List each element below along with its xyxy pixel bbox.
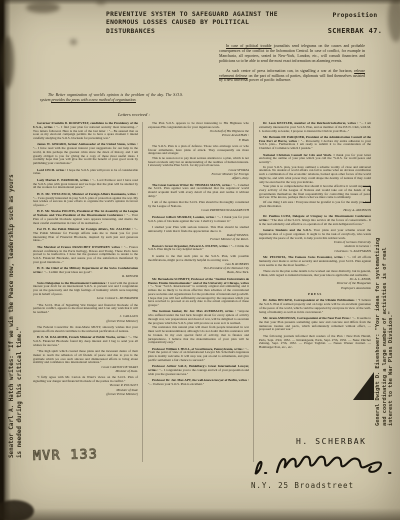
letter: Dr. Julius BECKER, Correspondent of the … [259,299,371,314]
letter: Boston's Great Organizer, Edward A. FILE… [148,245,249,253]
letter-signature: Henry A. ATKINSON [259,209,371,213]
letter: Professor William I. HULL, of Swarthmore… [148,348,249,363]
letter: H. E. the Chief of the Military Departme… [33,267,138,279]
letter: Mr. Bernum DU PARQUIER, President of the… [259,136,371,151]
letter-paragraph: The German banker, Dr. Jur. Max AUERBACH… [148,310,249,325]
letter-signature: Prince AGA KHAN : [148,134,249,138]
paper-stain [1,36,14,88]
letter-author: The Marshal of France FRANCHET D'ESPEREY… [37,245,124,249]
letters-column-2: The Plan S.O.S. appears to be most inter… [142,122,249,462]
letter-paragraph: Professor Dr. Jur. Max APT, the well-kno… [148,379,249,387]
letter: James W. GERARD, former Ambassador of th… [33,143,138,166]
letter-author: Professor William I. HULL, of Swarthmore… [152,347,245,351]
letter-signature: R. MINGER [33,275,138,279]
letter: "The high spirit which created these pla… [33,350,138,374]
pencil-mark: MVR 133 [33,447,99,464]
letter: Lord CECIL writes : I hope the S.O.S. pl… [33,169,138,177]
letter: The Plan S.O.S. appears to be most inter… [148,122,249,142]
document-title: PREVENTIVE SYSTEM TO SAFEGUARD AGAINST T… [106,11,292,36]
letter: Lady Marian E. PARMOOR, writes : "... Lo… [33,179,138,190]
margin-note-left: Senator Carl A. Hatch writes: "If we win… [9,98,24,458]
letter-author: Geneva Students and the S.O.S. [263,228,314,232]
letter-paragraph: H. E. Mr. TITULESCO, Minister of Foreign… [33,193,138,208]
letter-paragraph: In your S.O.S. plan, you have outlined a… [259,166,371,185]
handwritten-signature [249,446,397,480]
ink-bracket-mark [363,186,371,203]
letter: Dr. Leon KESTLER, member of the Reichswi… [259,122,371,133]
letter: Swiss Delegation to the Disarmament Conf… [33,282,138,301]
letter-paragraph: Your plan is so comprehensive that shoul… [259,185,371,200]
letter-paragraph: Governor Franklin D. ROOSEVELT, candidat… [33,122,138,141]
letter-paragraph: Dr. Paulina LUISI, Delegate of Uruguay t… [259,215,371,226]
letter-author: Professor Dr. Jur. Max APT, the well-kno… [152,378,249,382]
letter-author: Dr. Leon KESTLER, member of the Reichswi… [263,122,360,125]
letter-paragraph: Mr. Bernadotte SCHMITT, Professor of the… [148,278,249,308]
letter-paragraph: Professor Gilbert MURRAY, London, writes… [148,216,249,224]
letter-paragraph: Mr. Aram ANDONIAN, Correspondent of the … [259,317,371,332]
letter-paragraph: National Christian Council for Life and … [259,154,371,165]
letter-author: The German banker, Dr. Jur. Max AUERBACH… [152,309,237,313]
letter-author: National Christian Council for Life and … [263,153,334,157]
letter-paragraph: H. E. Mr. Nicolas POLITIS, President of … [33,210,138,225]
letter: H. E. Mr. TITULESCO, Minister of Foreign… [33,193,138,208]
letter-paragraph: "The high spirit which created these pla… [33,350,138,365]
letters-received-heading: Letters received : [78,112,190,117]
letter-paragraph: Dr. Julius BECKER, Correspondent of the … [259,299,371,314]
letter-paragraph: The S.O.S. Plan is a plan of defence. Th… [148,145,249,156]
letter-author: For H. E. the Polish Minister for Foreig… [37,227,134,231]
letter-author: H. E. M. DALADIER, French Minister of Pu… [37,335,128,339]
letter: There are in the plan some details to be… [259,270,371,290]
letter: Mr. PECHOTA, The Famous Swiss Economist,… [259,256,371,267]
letter: Mr. Aram ANDONIAN, Correspondent of the … [259,317,371,332]
paper-stain [70,39,77,45]
letter-signature: F. Blain [148,139,249,143]
letter-signature: Minister of State. [33,370,138,374]
intro-paragraph: In case of political trouble journalists… [219,44,365,64]
letter-paragraph: H. E. M. DALADIER, French Minister of Pu… [33,336,138,347]
letters-columns: Governor Franklin D. ROOSEVELT, candidat… [33,122,375,462]
letter: National Christian Council for Life and … [259,154,371,213]
letter-paragraph: James W. GERARD, former Ambassador of th… [33,143,138,166]
letter-paragraph: Mr. PECHOTA, The Famous Swiss Economist,… [259,256,371,267]
letter-paragraph: Swiss Delegation to the Disarmament Conf… [33,282,138,297]
letter-author: Mr. Bernum DU PARQUIER, President of the… [259,135,371,143]
letter: I studied your Plan with serious interes… [148,226,249,242]
letter: "I fully agree with Mr. Carton de Wiart'… [33,376,138,396]
letter-author: The Great German Writer Dr. THOMAS MANN,… [152,183,233,187]
letter: The Federal Councillor Dr. Jean-Marie MU… [33,326,138,334]
letter-paragraph: Lady Marian E. PARMOOR, writes : "... Lo… [33,179,138,190]
letter-signature: (former Prime Minister) [33,393,138,397]
letter-paragraph: "The S.O.S. Plan of Signalling War Dange… [33,304,138,315]
letter-author: Dr. Julius BECKER, Correspondent of the … [263,298,358,302]
letter-signature: Lieut. Colonel L. MONRAINER [33,297,138,301]
letter-author: Swiss Delegation to the Disarmament Conf… [37,281,108,285]
letter-paragraph: Geneva Students and the S.O.S. Your plan… [259,229,371,240]
intro-paragraph: As such centre of press information can,… [219,69,365,84]
paper-stain [0,500,34,520]
proposition-number: SCHERBAK 47. [317,27,393,35]
intro-paragraph: The Better organization of world's opini… [40,93,183,103]
underlined-phrase: In case of political trouble [226,44,271,48]
letters-column-3: Dr. Leon KESTLER, member of the Reichswi… [253,122,371,462]
letter: Dr. Paulina LUISI, Delegate of Uruguay t… [259,215,371,226]
letter-signature: Chairman : S. KAUFMANN [259,250,371,254]
letter: PRESS [259,293,371,297]
letter-paragraph: Boston's Great Organizer, Edward A. FILE… [148,245,249,253]
letter: H. E. M. DALADIER, French Minister of Pu… [33,336,138,347]
letter: The Marshal of France FRANCHET D'ESPEREY… [33,246,138,265]
proposition-block: Proposition SCHERBAK 47. [317,12,393,35]
letter-paragraph: This is no reason not to pay most seriou… [148,157,249,168]
letter-author: Dr. Paulina LUISI, Delegate of Uruguay t… [259,214,371,222]
margin-note-right: General Dwight D. Eisenhower: "Your idea… [375,126,395,426]
letter: I am of the opinion that the S.O.S. Plan… [148,201,249,213]
letter-author: Lord CECIL writes : [37,168,67,172]
underlined-phrase: provides the press with a new method of … [51,97,136,103]
letter: "The S.O.S. Plan of Signalling War Dange… [33,304,138,324]
letter: The following journals informed their re… [259,335,371,350]
letter-signature: Bank, New-York. [148,271,249,275]
letter-signature: Affairs, Italy. [148,177,249,181]
letter-signature: Count PREBENDOW-KALKREUTH [148,209,249,213]
letter-paragraph: The resistance this natural plan will me… [148,326,249,345]
letter: Governor Franklin D. ROOSEVELT, candidat… [33,122,138,141]
letter-paragraph: For H. E. the Polish Minister for Foreig… [33,228,138,243]
letter-paragraph: The Great German Writer Dr. THOMAS MANN,… [148,184,249,199]
signature-address: N.Y. 25 Broadstreet [251,481,354,490]
intro-paragraph-left: The Better organization of world's opini… [40,93,183,103]
section-heading: PRESS [259,293,371,297]
letter-paragraph: Dr. Leon KESTLER, member of the Reichswi… [259,122,371,133]
letter-paragraph: The following journals informed their re… [259,335,371,350]
letter-author: H. E. Mr. TITULESCO, Minister of Foreign… [37,192,138,196]
letter: It seems to me that such plan as the S.O… [148,255,249,275]
letter-paragraph: Professor Arthur SALZ, Heidelberg's Grea… [148,365,249,376]
letter-paragraph: The Marshal of France FRANCHET D'ESPEREY… [33,246,138,265]
letter-author: Governor Franklin D. ROOSEVELT, candidat… [33,122,138,129]
proposition-label: Proposition [317,12,393,19]
letter: For H. E. the Polish Minister for Foreig… [33,228,138,243]
letter-signature: (former Prime Minister) [33,320,138,324]
text-segment: As such centre of press information can,… [226,69,354,73]
document-page: PREVENTIVE SYSTEM TO SAFEGUARD AGAINST T… [0,0,400,520]
letter: Geneva Students and the S.O.S. Your plan… [259,229,371,253]
letter: The German banker, Dr. Jur. Max AUERBACH… [148,310,249,345]
scan-edge-top [0,0,400,5]
letter-paragraph: Lord CECIL writes : I hope the S.O.S. pl… [33,169,138,177]
letter: H. E. Mr. Nicolas POLITIS, President of … [33,210,138,225]
letter-paragraph: Professor William I. HULL, of Swarthmore… [148,348,249,363]
letter-paragraph: The Federal Councillor Dr. Jean-Marie MU… [33,326,138,334]
letter: The S.O.S. Plan is a plan of defence. Th… [148,145,249,181]
letter: Professor Arthur SALZ, Heidelberg's Grea… [148,365,249,376]
letter-author: Boston's Great Organizer, Edward A. FILE… [152,244,231,248]
letter-author: Mr. PECHOTA, The Famous Swiss Economist,… [263,255,347,259]
letter: Mr. Bernadotte SCHMITT, Professor of the… [148,278,249,308]
letter-author: H. E. Mr. Nicolas POLITIS, President of … [33,209,138,217]
letter: The Great German Writer Dr. THOMAS MANN,… [148,184,249,199]
letters-column-1: Governor Franklin D. ROOSEVELT, candidat… [33,122,138,462]
letter-author: H. E. the Chief of the Military Departme… [33,266,138,274]
letter-author: Professor Gilbert MURRAY, London, writes… [152,215,217,219]
signature-typed-name: H. SCHERBAK [296,437,367,446]
letter-signature: Employers Association [259,287,371,291]
paper-stain [96,0,106,5]
letter: Professor Dr. Jur. Max APT, the well-kno… [148,379,249,387]
letter-paragraph: Mr. Bernum DU PARQUIER, President of the… [259,136,371,151]
intro-paragraphs-right: In case of political trouble journalists… [219,44,365,88]
letter-author: Lady Marian E. PARMOOR, writes : [37,178,92,182]
letter-signature: Former Minister of the Reich. [148,238,249,242]
letter-author: Professor Arthur SALZ, Heidelberg's Grea… [148,364,249,372]
paper-stain [26,2,60,13]
scan-edge-bottom [0,508,400,520]
letter-author: Mr. Aram ANDONIAN, Correspondent of the … [263,316,352,320]
letter-author: James W. GERARD, former Ambassador of th… [37,142,138,146]
letter: Professor Gilbert MURRAY, London, writes… [148,216,249,224]
letter-author: Mr. Bernadotte SCHMITT, Professor of the… [148,277,249,289]
